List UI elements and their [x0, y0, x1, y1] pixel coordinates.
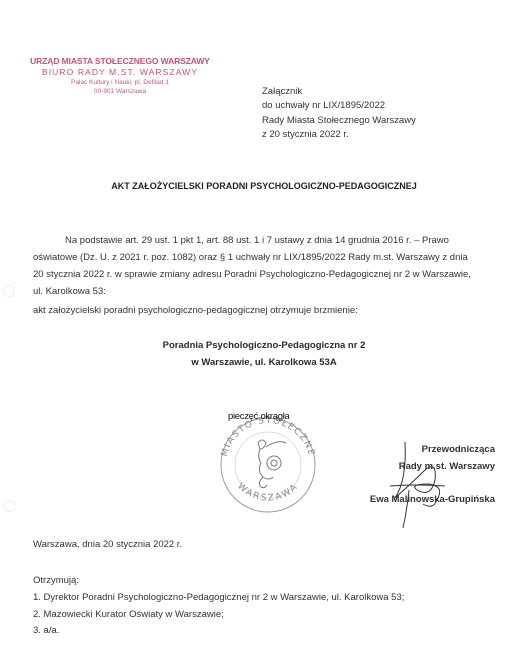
svg-text:MIASTO STOŁECZNE: MIASTO STOŁECZNE — [220, 416, 316, 458]
punch-hole-mark — [3, 500, 15, 512]
institution-name: Poradnia Psychologiczno-Pedagogiczna nr … — [0, 337, 528, 354]
document-title: AKT ZAŁOŻYCIELSKI PORADNI PSYCHOLOGICZNO… — [0, 181, 528, 191]
recipient-item: 2. Mazowiecki Kurator Oświaty w Warszawi… — [33, 607, 404, 624]
annex-council: Rady Miasta Stołecznego Warszawy — [262, 114, 416, 128]
recipients-list: 1. Dyrektor Poradni Psychologiczno-Pedag… — [33, 590, 404, 640]
place-date: Warszawa, dnia 20 stycznia 2022 r. — [33, 539, 182, 550]
stamp-line-office: URZĄD MIASTA STOŁECZNEGO WARSZAWY — [30, 56, 210, 67]
recipient-item: 1. Dyrektor Poradni Psychologiczno-Pedag… — [33, 590, 404, 607]
signatory-body: Rady m.st. Warszawy — [399, 461, 495, 472]
seal-label: pieczęć okrągła — [228, 411, 290, 422]
stamp-line-postcode: 00-901 Warszawa — [30, 87, 210, 96]
annex-reference: Załącznik do uchwały nr LIX/1895/2022 Ra… — [262, 85, 416, 142]
seal-ring-bottom: WARSZAWA — [235, 481, 300, 503]
institution-address: w Warszawie, ul. Karolkowa 53A — [0, 354, 528, 371]
stamp-line-bureau: BIURO RADY M.ST. WARSZAWY — [30, 67, 210, 78]
recipients-heading: Otrzymują: — [33, 575, 79, 586]
punch-hole-mark — [3, 285, 15, 297]
signatory-name: Ewa Malinowska-Grupińska — [370, 494, 495, 505]
annex-resolution: do uchwały nr LIX/1895/2022 — [262, 99, 416, 113]
stamp-line-address: Pałac Kultury i Nauki, pl. Defilad 1 — [30, 78, 210, 87]
signatory-role: Przewodnicząca — [422, 444, 495, 455]
svg-text:WARSZAWA: WARSZAWA — [235, 481, 300, 503]
seal-ring-top: MIASTO STOŁECZNE — [220, 416, 316, 458]
legal-basis-text: Na podstawie art. 29 ust. 1 pkt 1, art. … — [33, 235, 471, 297]
office-stamp-header: URZĄD MIASTA STOŁECZNEGO WARSZAWY BIURO … — [30, 56, 210, 96]
annex-date: z 20 stycznia 2022 r. — [262, 128, 416, 142]
lead-text: akt założycielski poradni psychologiczno… — [33, 305, 358, 316]
annex-label: Załącznik — [262, 85, 416, 99]
recipient-item: 3. a/a. — [33, 623, 404, 640]
legal-basis-paragraph: Na podstawie art. 29 ust. 1 pkt 1, art. … — [33, 232, 473, 300]
